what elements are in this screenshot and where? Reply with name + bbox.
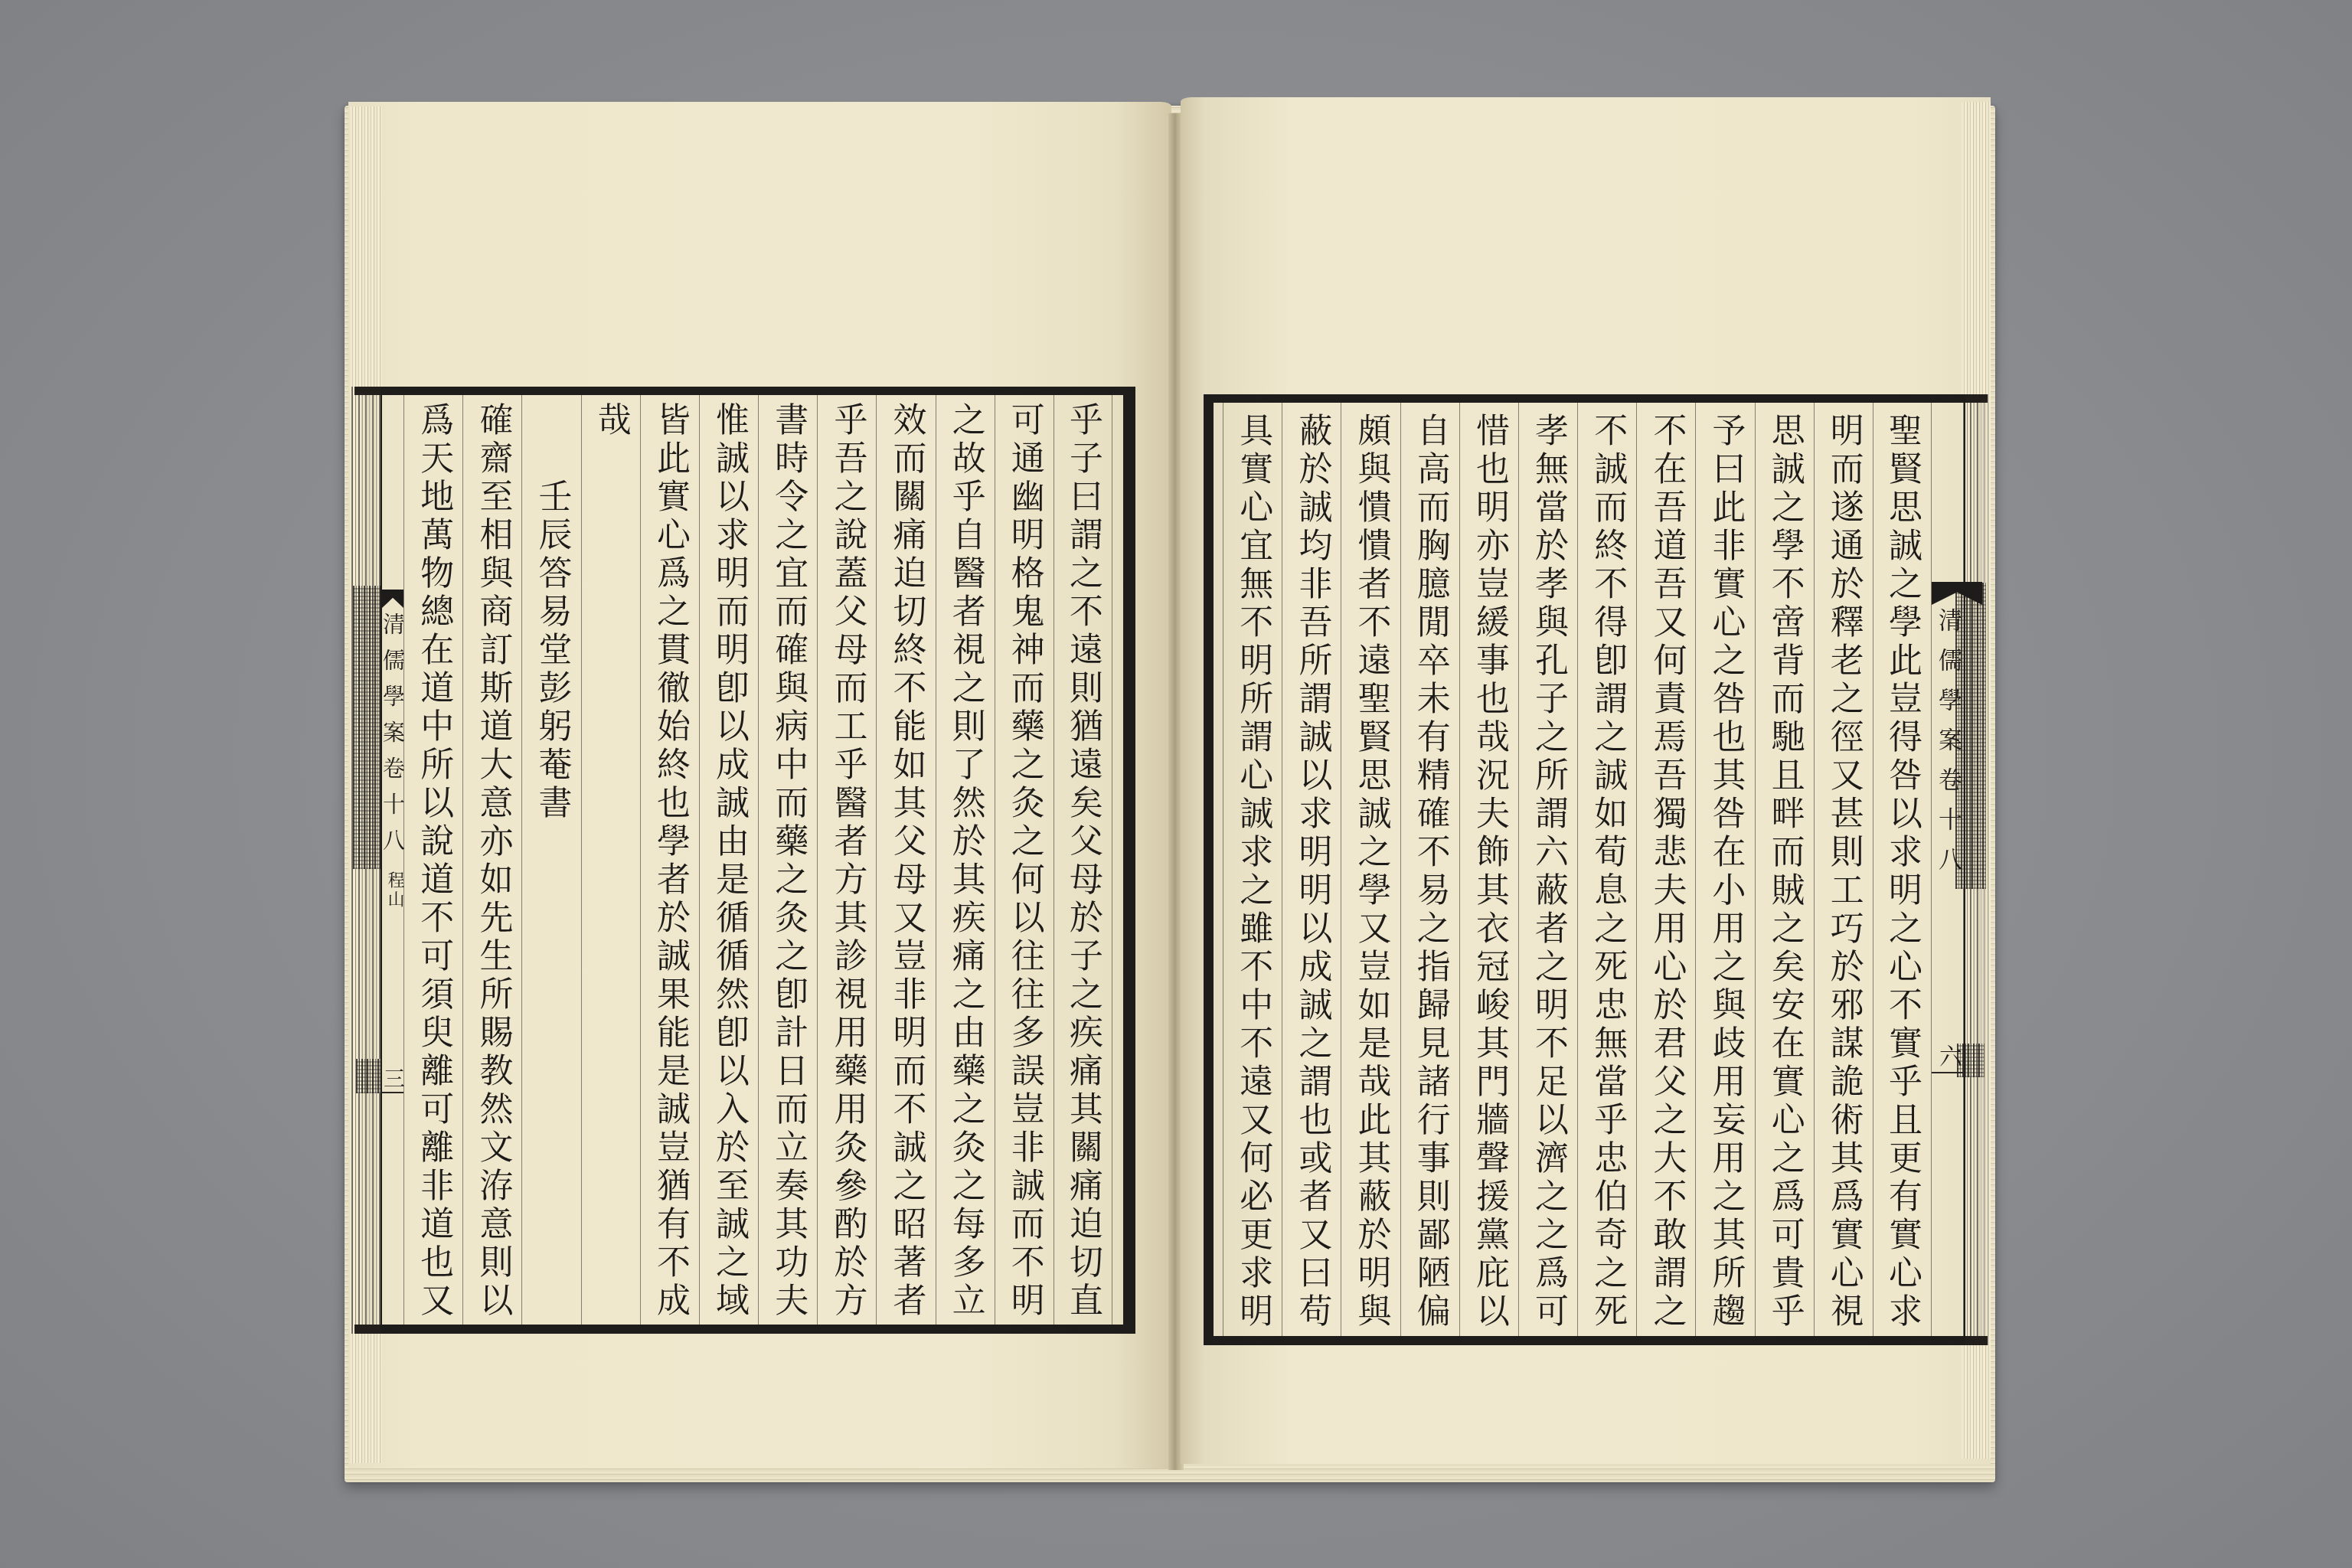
text-column: 思誠之學不啻背而馳且畔而賊之矣安在實心之爲可貴乎 bbox=[1755, 403, 1814, 1336]
margin-section: 程山 bbox=[385, 871, 403, 910]
edge-ink-blot-number bbox=[356, 1059, 382, 1093]
page-number: 六 bbox=[1936, 1044, 1959, 1067]
text-column: 自高而胸臆閒卒未有精確不易之指歸見諸行事則鄙陋偏 bbox=[1400, 403, 1459, 1336]
text-column: 聖賢思誠之學此豈得咎以求明之心不實乎且更有實心求 bbox=[1873, 403, 1932, 1336]
text-column: 乎吾之說蓋父母而工乎醫者方其診視用藥用灸參酌於方 bbox=[817, 395, 876, 1325]
text-column: 哉 bbox=[581, 395, 640, 1325]
text-column: 不誠而終不得卽謂之誠如荀息之死忠無當乎忠伯奇之死 bbox=[1577, 403, 1636, 1336]
text-column: 予曰此非實心之咎也其咎在小用之與歧用妄用之其所趨 bbox=[1695, 403, 1754, 1336]
right-page: 聖賢思誠之學此豈得咎以求明之心不實乎且更有實心求 明而遂通於釋老之徑又甚則工巧於… bbox=[1181, 97, 1991, 1464]
left-page: 清儒學案卷十八 程山 三 乎子曰謂之不遠則猶遠矣父母於子之疾痛其關痛迫切直 可通… bbox=[348, 102, 1171, 1468]
text-column: 確齋至相與商訂斯道大意亦如先生所賜教然文洊意則以 bbox=[462, 395, 521, 1325]
block-heart: 清儒學案卷十八 六 bbox=[1932, 403, 1964, 1336]
margin-title: 清儒學案卷十八 bbox=[381, 612, 404, 864]
letter-heading: 壬辰答易堂彭躬菴書 bbox=[521, 395, 580, 1325]
text-column: 書時令之宜而確與病中而藥之灸之卽計日而立奏其功夫 bbox=[758, 395, 817, 1325]
edge-border-bottom bbox=[354, 1325, 382, 1334]
text-column: 爲天地萬物總在道中所以說道不可須臾離可離非道也又 bbox=[403, 395, 462, 1325]
text-column: 惜也明亦豈緩事也哉況夫飾其衣冠峻其門牆聲援黨庇以 bbox=[1459, 403, 1518, 1336]
text-column: 孝無當於孝與孔子之所謂六蔽者之明不足以濟之之爲可 bbox=[1518, 403, 1577, 1336]
margin-title: 清儒學案卷十八 bbox=[1935, 608, 1961, 887]
text-column: 不在吾道吾又何責焉吾獨悲夫用心於君父之大不敢謂之 bbox=[1636, 403, 1695, 1336]
text-column: 效而關痛迫切終不能如其父母又豈非明而不誠之昭著者 bbox=[876, 395, 935, 1325]
text-column: 明而遂通於釋老之徑又甚則工巧於邪謀詭術其爲實心視 bbox=[1814, 403, 1873, 1336]
edge-ink-blot-title bbox=[353, 586, 381, 869]
text-column: 可通幽明格鬼神而藥之灸之何以往往多誤豈非誠而不明 bbox=[995, 395, 1053, 1325]
text-column: 之故乎自醫者視之則了然於其疾痛之由藥之灸之每多立 bbox=[936, 395, 995, 1325]
text-columns: 乎子曰謂之不遠則猶遠矣父母於子之疾痛其關痛迫切直 可通幽明格鬼神而藥之灸之何以往… bbox=[403, 395, 1112, 1325]
text-column: 皆此實心爲之貫徹始終也學者於誠果能是誠豈猶有不成 bbox=[640, 395, 699, 1325]
text-frame: 清儒學案卷十八 程山 三 乎子曰謂之不遠則猶遠矣父母於子之疾痛其關痛迫切直 可通… bbox=[381, 387, 1135, 1334]
block-heart: 清儒學案卷十八 程山 三 bbox=[382, 395, 403, 1325]
text-columns: 聖賢思誠之學此豈得咎以求明之心不實乎且更有實心求 明而遂通於釋老之徑又甚則工巧於… bbox=[1223, 403, 1932, 1336]
fishtail-mark-icon bbox=[382, 590, 403, 608]
margin-rule bbox=[382, 1092, 403, 1093]
page-number: 三 bbox=[382, 1067, 403, 1089]
text-column: 具實心宜無不明所謂心誠求之雖不中不遠又何必更求明 bbox=[1223, 403, 1282, 1336]
margin-rule bbox=[1932, 1072, 1964, 1073]
text-column: 頗與憒憒者不遠聖賢思誠之學又豈如是哉此其蔽於明與 bbox=[1341, 403, 1400, 1336]
text-column: 蔽於誠均非吾所謂誠以求明明以成誠之謂也或者又曰苟 bbox=[1282, 403, 1341, 1336]
text-column: 惟誠以求明而明卽以成誠由是循循然卽以入於至誠之域 bbox=[699, 395, 758, 1325]
text-column: 乎子曰謂之不遠則猶遠矣父母於子之疾痛其關痛迫切直 bbox=[1053, 395, 1112, 1325]
text-frame: 聖賢思誠之學此豈得咎以求明之心不實乎且更有實心求 明而遂通於釋老之徑又甚則工巧於… bbox=[1204, 394, 1965, 1345]
edge-border-top bbox=[354, 387, 382, 395]
